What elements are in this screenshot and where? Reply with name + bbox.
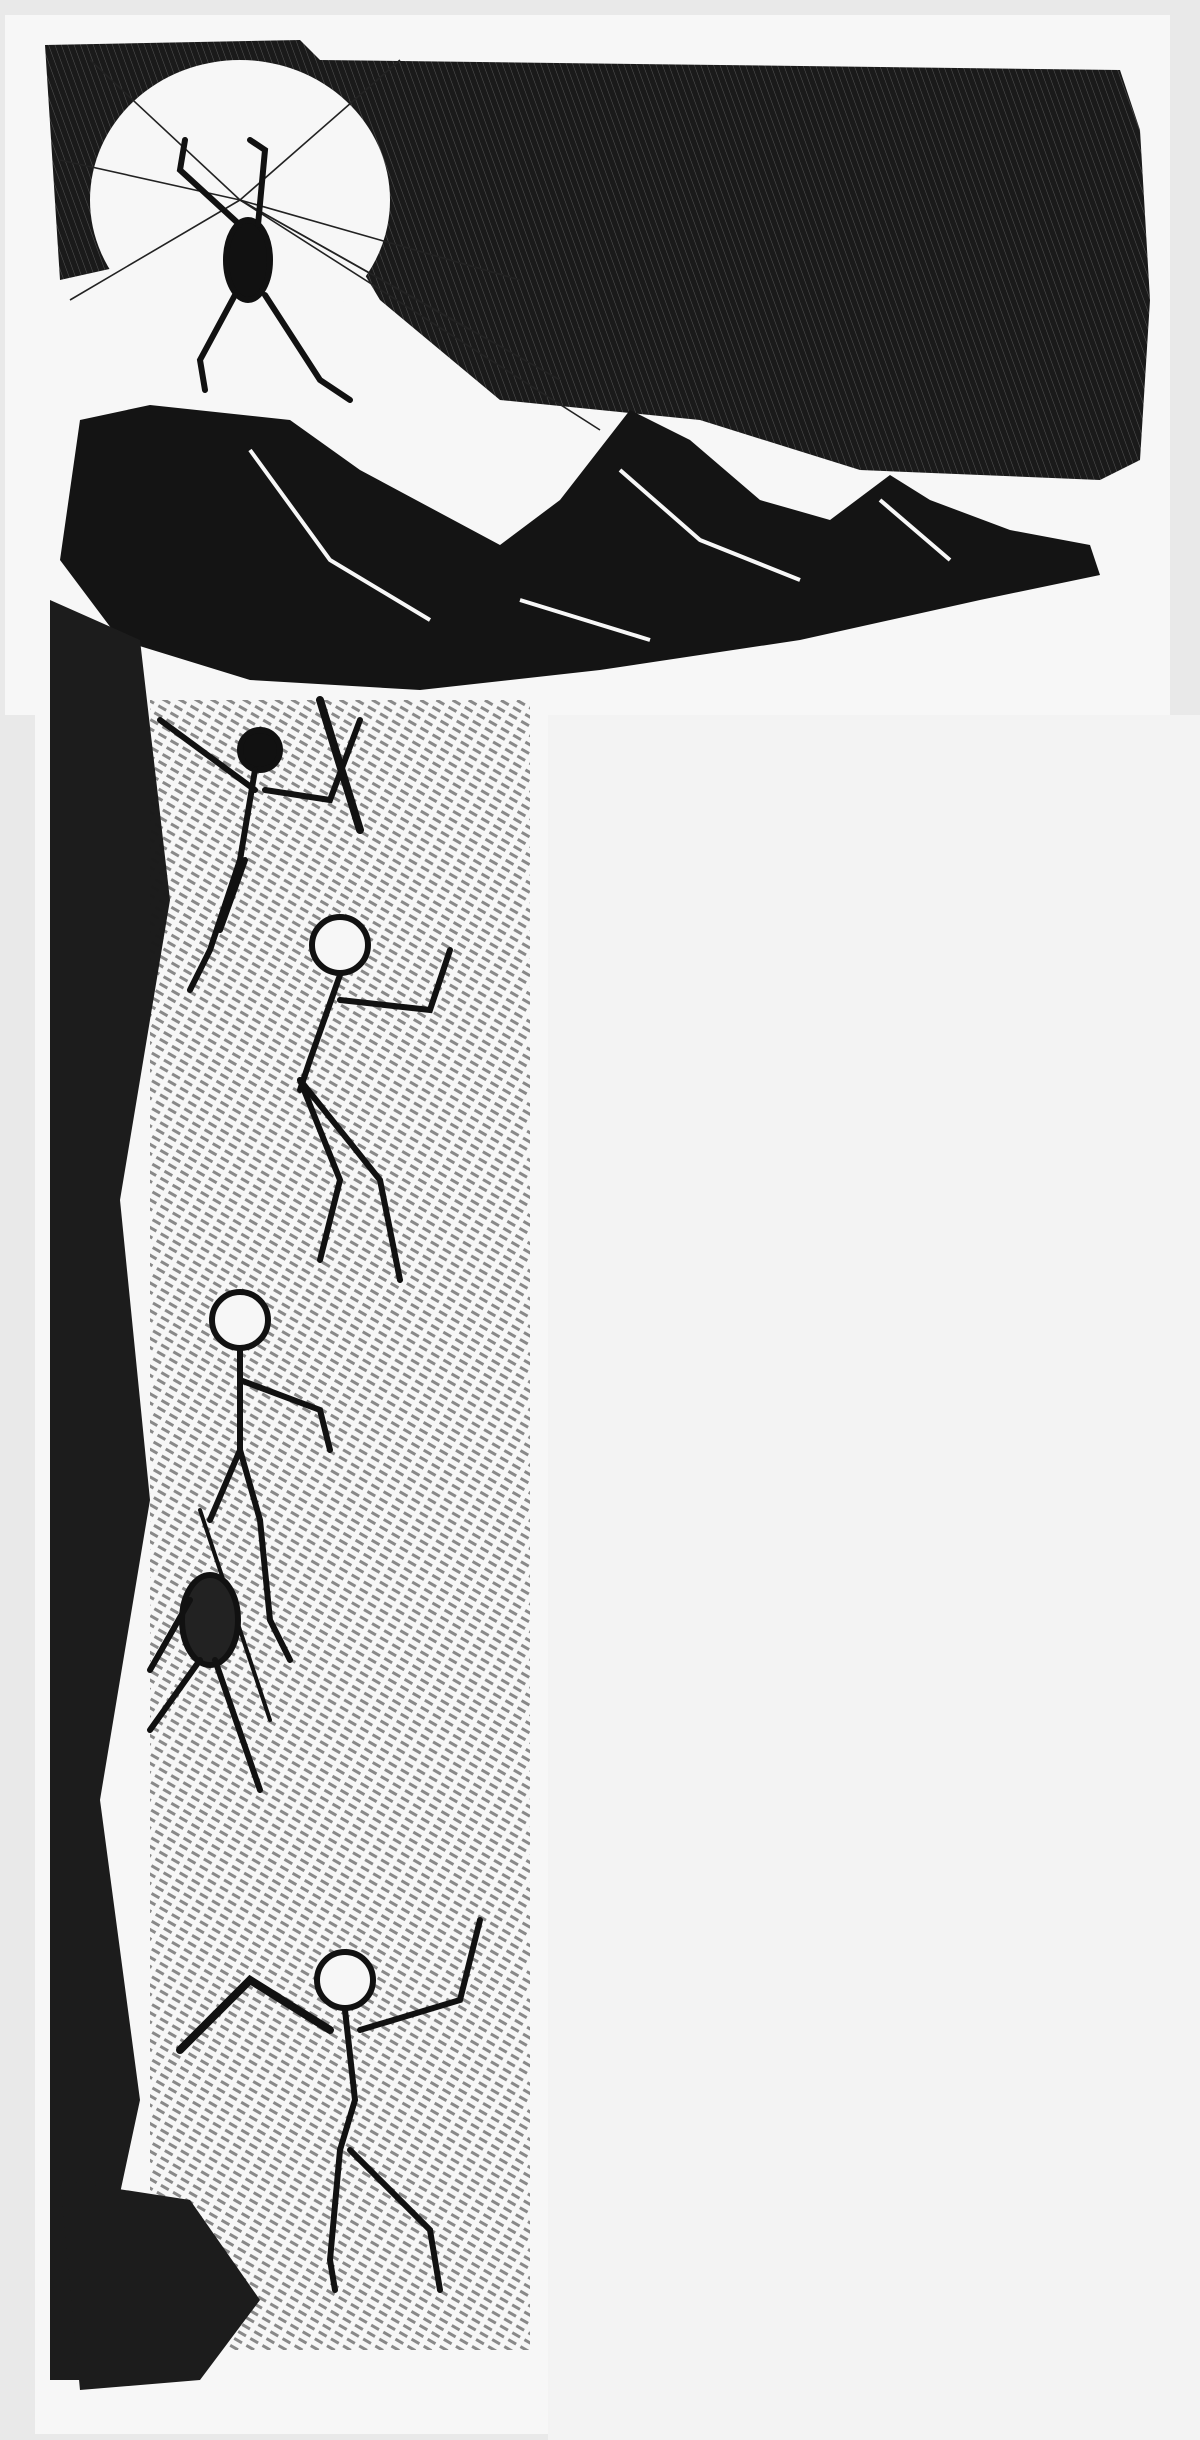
rocky-slope xyxy=(50,600,530,2390)
illustration xyxy=(0,0,1200,2440)
